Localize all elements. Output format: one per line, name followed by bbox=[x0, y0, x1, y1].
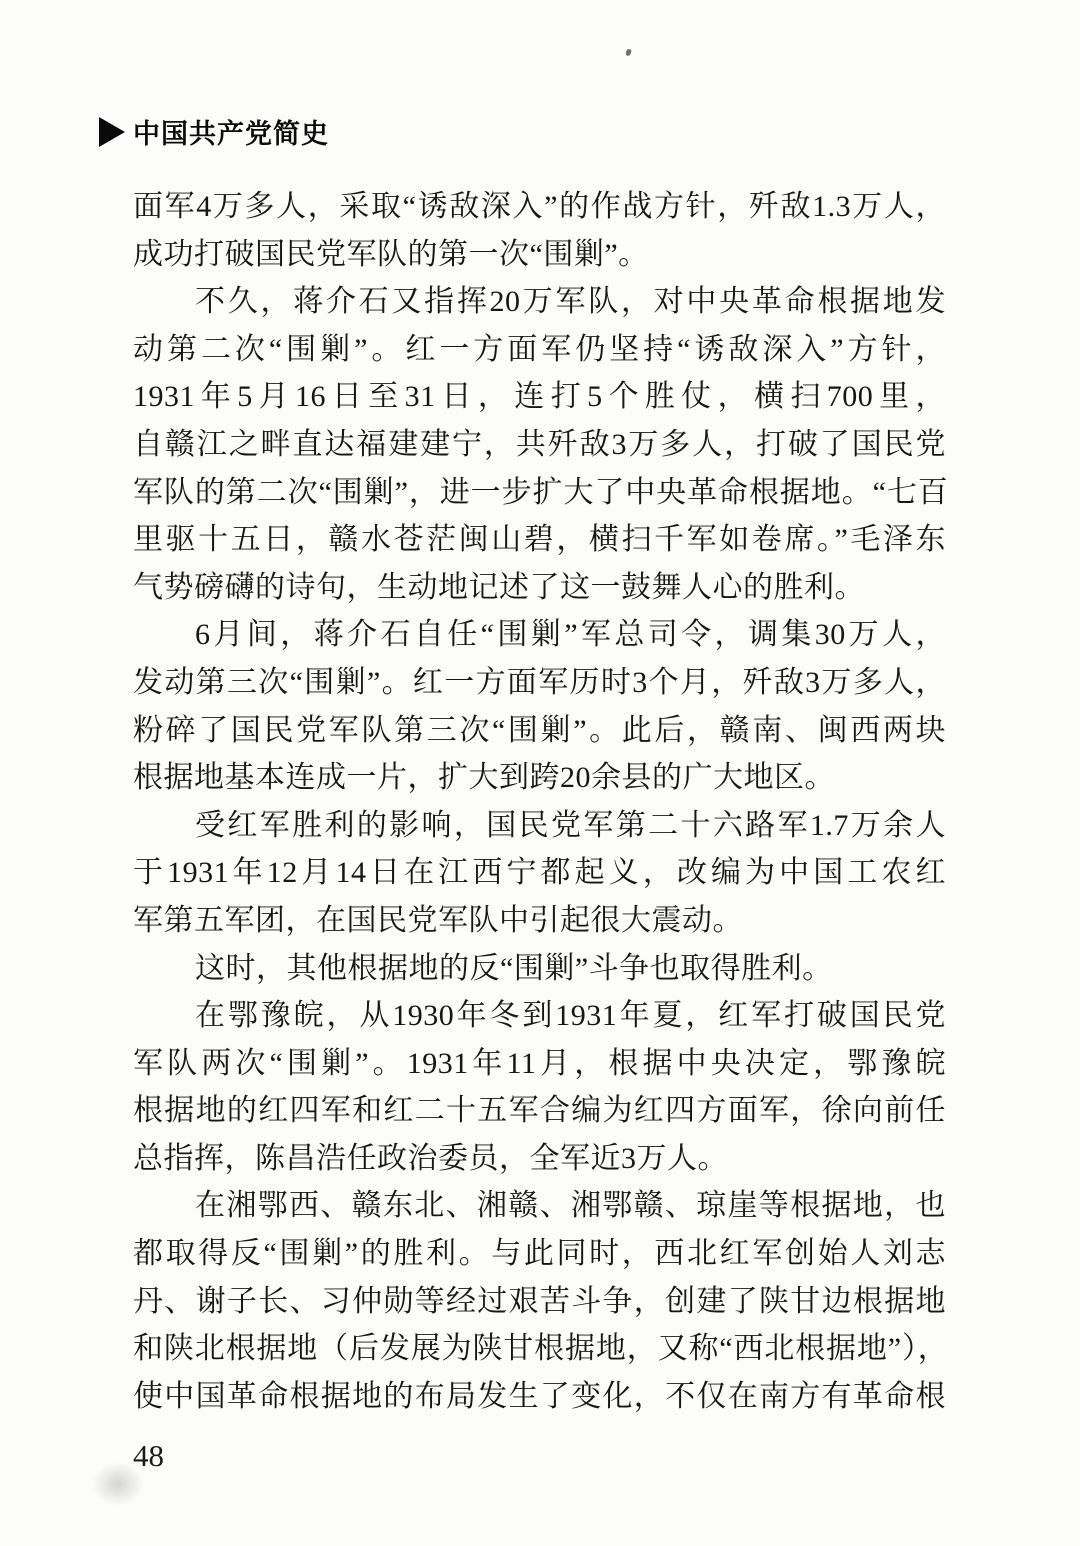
text-line: 动第二次“围剿”。红一方面军仍坚持“诱敌深入”方针， bbox=[133, 326, 946, 374]
text-line: 不久，蒋介石又指挥20万军队，对中央革命根据地发 bbox=[133, 278, 946, 326]
text-line: 粉碎了国民党军队第三次“围剿”。此后，赣南、闽西两块 bbox=[133, 707, 946, 755]
text-line: 这时，其他根据地的反“围剿”斗争也取得胜利。 bbox=[133, 945, 946, 993]
text-line: 面军4万多人，采取“诱敌深入”的作战方针，歼敌1.3万人， bbox=[133, 183, 946, 231]
text-line: 于1931年12月14日在江西宁都起义，改编为中国工农红 bbox=[133, 849, 946, 897]
book-title: 中国共产党简史 bbox=[133, 112, 329, 151]
triangle-marker-icon bbox=[99, 117, 125, 147]
text-line: 发动第三次“围剿”。红一方面军历时3个月，歼敌3万多人， bbox=[133, 659, 946, 707]
text-line: 和陕北根据地（后发展为陕甘根据地，又称“西北根据地”）， bbox=[133, 1325, 946, 1373]
text-line: 根据地的红四军和红二十五军合编为红四方面军，徐向前任 bbox=[133, 1087, 946, 1135]
text-line: 在湘鄂西、赣东北、湘赣、湘鄂赣、琼崖等根据地，也 bbox=[133, 1182, 946, 1230]
text-line: 自赣江之畔直达福建建宁，共歼敌3万多人，打破了国民党 bbox=[133, 421, 946, 469]
running-header: 中国共产党简史 bbox=[99, 112, 329, 151]
text-line: 都取得反“围剿”的胜利。与此同时，西北红军创始人刘志 bbox=[133, 1230, 946, 1278]
text-line: 1931年5月16日至31日，连打5个胜仗，横扫700里， bbox=[133, 373, 946, 421]
book-page: 中国共产党简史 面军4万多人，采取“诱敌深入”的作战方针，歼敌1.3万人， 成功… bbox=[0, 0, 1080, 1546]
text-line: 总指挥，陈昌浩任政治委员，全军近3万人。 bbox=[133, 1135, 946, 1183]
text-line: 军队的第二次“围剿”，进一步扩大了中央革命根据地。“七百 bbox=[133, 469, 946, 517]
scan-speck bbox=[625, 48, 632, 56]
text-line: 在鄂豫皖，从1930年冬到1931年夏，红军打破国民党 bbox=[133, 992, 946, 1040]
text-line: 气势磅礴的诗句，生动地记述了这一鼓舞人心的胜利。 bbox=[133, 564, 946, 612]
text-line: 使中国革命根据地的布局发生了变化，不仅在南方有革命根 bbox=[133, 1373, 946, 1421]
text-line: 里驱十五日，赣水苍茫闽山碧，横扫千军如卷席。”毛泽东 bbox=[133, 516, 946, 564]
text-line: 受红军胜利的影响，国民党军第二十六路军1.7万余人 bbox=[133, 802, 946, 850]
text-line: 6月间，蒋介石自任“围剿”军总司令，调集30万人， bbox=[133, 611, 946, 659]
text-line: 成功打破国民党军队的第一次“围剿”。 bbox=[133, 231, 946, 279]
text-line: 军队两次“围剿”。1931年11月，根据中央决定，鄂豫皖 bbox=[133, 1040, 946, 1088]
text-line: 丹、谢子长、习仲勋等经过艰苦斗争，创建了陕甘边根据地 bbox=[133, 1278, 946, 1326]
body-text: 面军4万多人，采取“诱敌深入”的作战方针，歼敌1.3万人， 成功打破国民党军队的… bbox=[133, 183, 946, 1420]
text-line: 军第五军团，在国民党军队中引起很大震动。 bbox=[133, 897, 946, 945]
scan-smudge bbox=[92, 1462, 144, 1506]
text-line: 根据地基本连成一片，扩大到跨20余县的广大地区。 bbox=[133, 754, 946, 802]
